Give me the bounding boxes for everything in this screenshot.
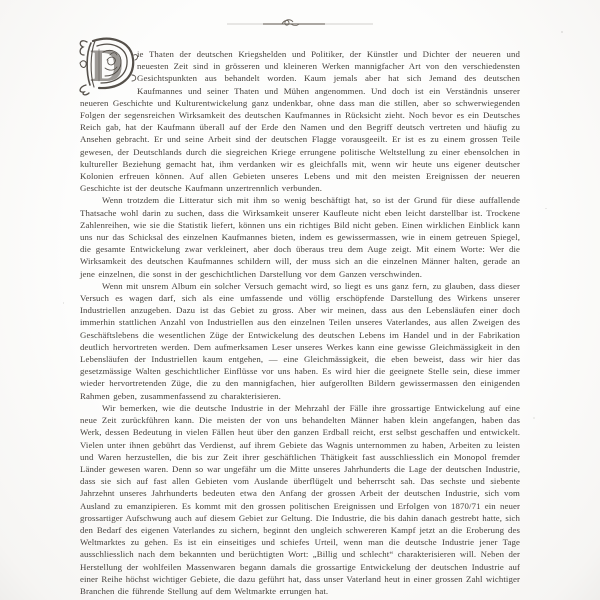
paper-speck: [533, 417, 535, 419]
paper-speck: [63, 302, 64, 304]
paragraph: D ie Thaten der deutschen Kriegshelden u…: [80, 48, 520, 194]
text-block: D ie Thaten der deutschen Kriegshelden u…: [80, 48, 520, 597]
paper-speck: [561, 31, 563, 33]
paragraph: Wenn mit unsrem Album ein solcher Versuc…: [80, 280, 520, 402]
book-page: D ie Thaten der deutschen Kriegshelden u…: [0, 0, 600, 600]
paragraph: Wenn trotzdem die Litteratur sich mit ih…: [80, 194, 520, 279]
paragraph: Wir bemerken, wie die deutsche Industrie…: [80, 402, 520, 597]
drop-cap-letter: D: [90, 40, 124, 92]
drop-cap-initial-icon: D: [80, 48, 137, 85]
header-rule-ornament-icon: [225, 16, 375, 30]
paragraph-text: ie Thaten der deutschen Kriegshelden und…: [80, 49, 520, 193]
paper-speck: [545, 208, 547, 209]
